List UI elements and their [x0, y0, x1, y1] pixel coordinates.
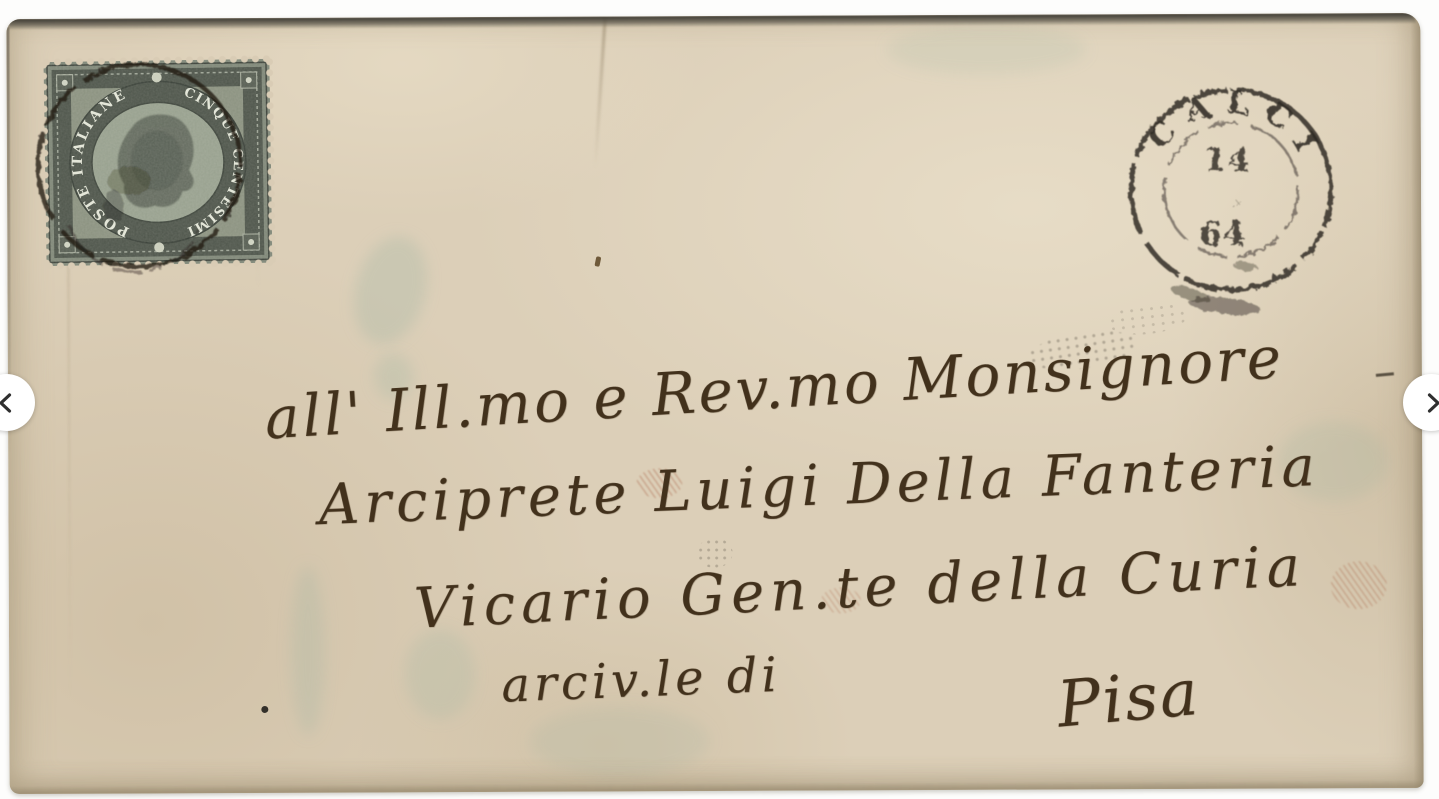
postmark-year: 64: [1199, 214, 1245, 253]
address-line-1: all' Ill.mo e Rev.mo Monsignore: [263, 323, 1286, 452]
chevron-left-icon: [0, 391, 19, 415]
paper-stain: [343, 228, 439, 352]
address-line-4: arciv.le di: [500, 647, 782, 714]
paper-speck: [261, 706, 268, 713]
paper-speck: [1376, 372, 1394, 377]
envelope-top-edge: [8, 13, 1416, 30]
address-line-3: Vicario Gen.te della Curia: [413, 534, 1308, 642]
cancellation-mark: [8, 45, 274, 296]
address-line-2: Arciprete Luigi Della Fanteria: [317, 434, 1320, 538]
image-viewer: POSTE ITALIANE CINQUE CENTESIMI: [0, 0, 1439, 799]
postmark-datestamp: CALCI 14 ·˟ 64: [1101, 59, 1362, 320]
envelope-bottom-edge: [10, 780, 1424, 794]
paper-stain: [886, 24, 1086, 75]
paper-stain: [529, 706, 709, 777]
paper-stain: [291, 566, 326, 736]
red-ink-smudge: [1331, 561, 1387, 609]
paper-crease: [594, 19, 607, 169]
chevron-right-icon: [1420, 391, 1439, 415]
paper-speck: [594, 256, 601, 267]
postmark-month-trace: ·˟: [1229, 196, 1242, 215]
cover-photo: POSTE ITALIANE CINQUE CENTESIMI: [6, 13, 1423, 794]
paper-stain: [405, 629, 475, 719]
address-city: Pisa: [1054, 656, 1203, 743]
postmark-day: 14: [1204, 140, 1250, 180]
